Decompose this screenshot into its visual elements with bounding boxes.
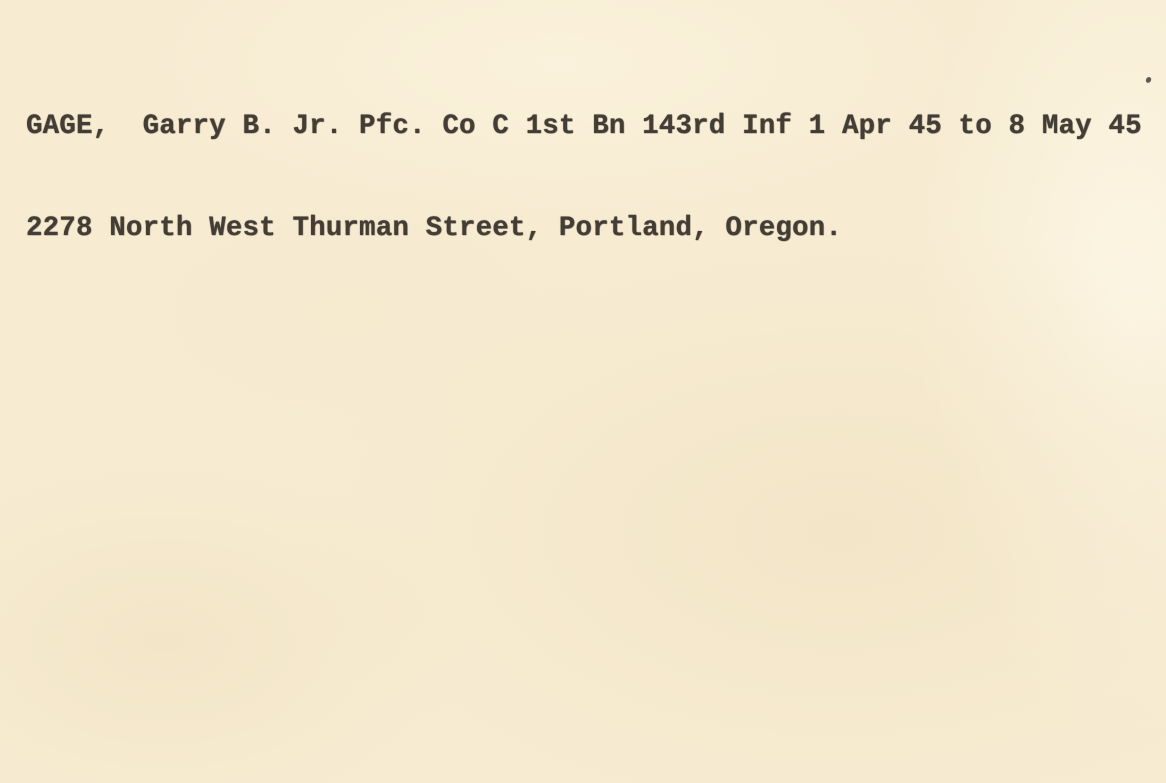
index-card: GAGE, Garry B. Jr. Pfc. Co C 1st Bn 143r… <box>0 0 1166 783</box>
stray-ink-dot <box>1145 76 1152 83</box>
address-line: 2278 North West Thurman Street, Portland… <box>26 212 1142 246</box>
typewritten-text-block: GAGE, Garry B. Jr. Pfc. Co C 1st Bn 143r… <box>26 42 1142 314</box>
service-record-line: GAGE, Garry B. Jr. Pfc. Co C 1st Bn 143r… <box>26 110 1142 144</box>
